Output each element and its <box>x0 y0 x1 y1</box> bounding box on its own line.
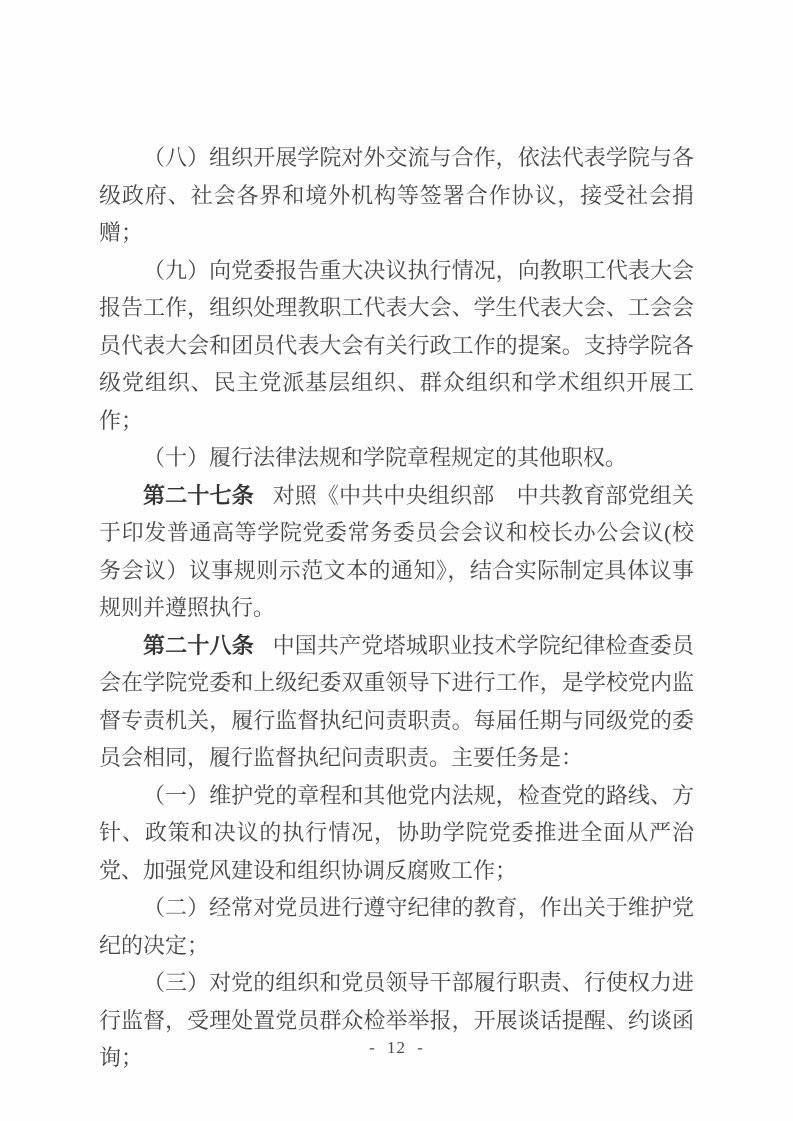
page-footer: - 12 - <box>0 1038 793 1058</box>
paragraph-article-27: 第二十七条对照《中共中央组织部 中共教育部党组关于印发普通高等学院党委常务委员会… <box>99 477 694 627</box>
paragraph-text: （八）组织开展学院对外交流与合作，依法代表学院与各级政府、社会各界和境外机构等签… <box>99 145 694 245</box>
paragraph-item-9: （九）向党委报告重大决议执行情况，向教职工代表大会报告工作，组织处理教职工代表大… <box>99 252 694 440</box>
paragraph-item-10: （十）履行法律法规和学院章程规定的其他职权。 <box>99 439 694 477</box>
paragraph-text: （九）向党委报告重大决议执行情况，向教职工代表大会报告工作，组织处理教职工代表大… <box>99 258 694 433</box>
paragraph-task-3: （三）对党的组织和党员领导干部履行职责、行使权力进行监督，受理处置党员群众检举举… <box>99 964 694 1077</box>
page-number: - 12 - <box>369 1038 424 1057</box>
paragraph-text: （一）维护党的章程和其他党内法规，检查党的路线、方针、政策和决议的执行情况，协助… <box>99 783 694 883</box>
paragraph-item-8: （八）组织开展学院对外交流与合作，依法代表学院与各级政府、社会各界和境外机构等签… <box>99 139 694 252</box>
article-27-head: 第二十七条 <box>143 483 254 508</box>
paragraph-text: （二）经常对党员进行遵守纪律的教育，作出关于维护党纪的决定； <box>99 895 694 958</box>
paragraph-task-2: （二）经常对党员进行遵守纪律的教育，作出关于维护党纪的决定； <box>99 889 694 964</box>
paragraph-text: （十）履行法律法规和学院章程规定的其他职权。 <box>143 445 627 470</box>
article-28-head: 第二十八条 <box>143 633 254 658</box>
paragraph-article-28: 第二十八条中国共产党塔城职业技术学院纪律检查委员会在学院党委和上级纪委双重领导下… <box>99 627 694 777</box>
document-page: （八）组织开展学院对外交流与合作，依法代表学院与各级政府、社会各界和境外机构等签… <box>0 0 793 1121</box>
paragraph-task-1: （一）维护党的章程和其他党内法规，检查党的路线、方针、政策和决议的执行情况，协助… <box>99 777 694 890</box>
document-body: （八）组织开展学院对外交流与合作，依法代表学院与各级政府、社会各界和境外机构等签… <box>99 139 694 1077</box>
